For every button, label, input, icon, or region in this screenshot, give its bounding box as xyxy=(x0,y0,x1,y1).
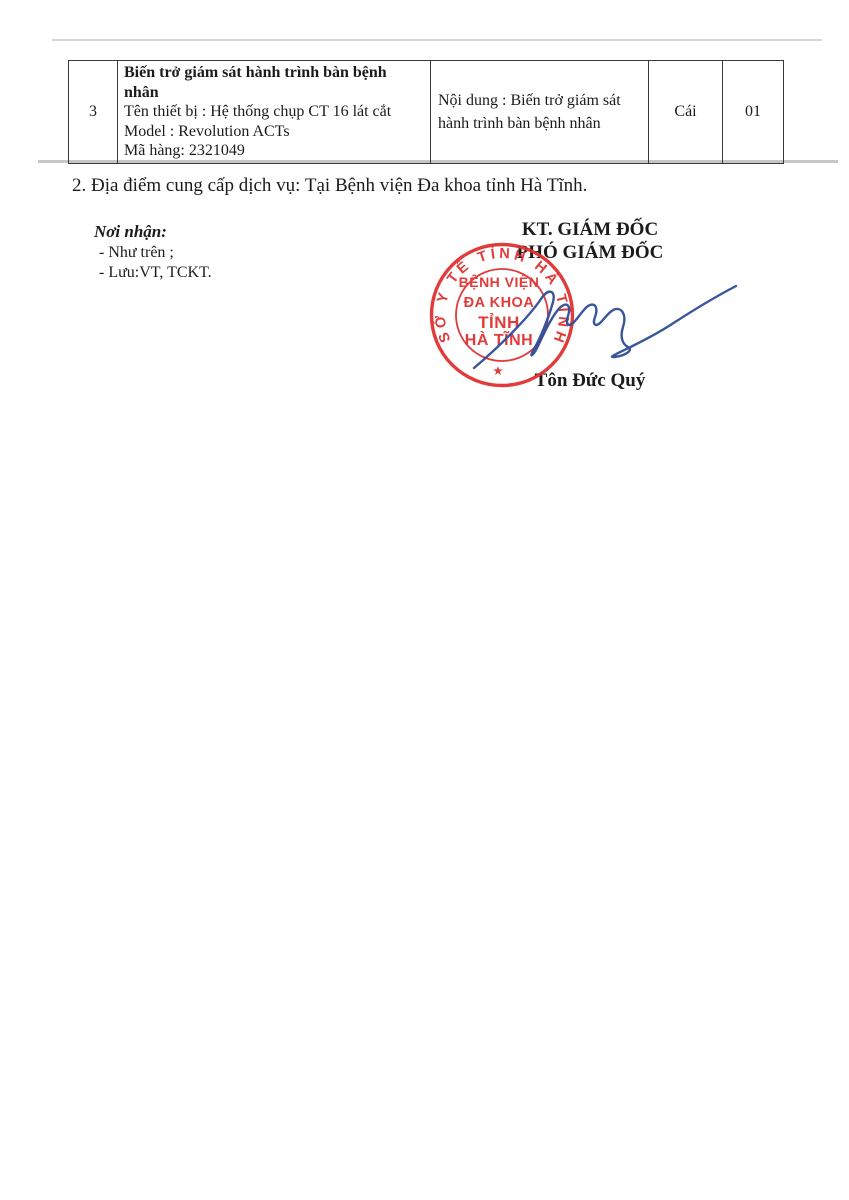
content-text: Nội dung : Biến trở giám sát hành trình … xyxy=(431,89,648,135)
recipients-block: Nơi nhận: - Như trên ; - Lưu:VT, TCKT. xyxy=(94,222,212,282)
table-row: 3 Biến trở giám sát hành trình bàn bệnh … xyxy=(69,61,784,164)
unit-cell: Cái xyxy=(649,61,723,164)
recipients-item: - Lưu:VT, TCKT. xyxy=(99,264,212,282)
item-detail-line: Model : Revolution ACTs xyxy=(124,122,422,142)
row-index-cell: 3 xyxy=(69,61,118,164)
quantity-cell: 01 xyxy=(723,61,784,164)
quantity-value: 01 xyxy=(745,103,761,120)
unit-value: Cái xyxy=(674,103,696,120)
item-detail-line: Mã hàng: 2321049 xyxy=(124,141,422,161)
recipients-heading: Nơi nhận: xyxy=(94,222,212,242)
recipients-item: - Như trên ; xyxy=(99,244,212,262)
document-page: 3 Biến trở giám sát hành trình bàn bệnh … xyxy=(0,0,849,1200)
content-cell: Nội dung : Biến trở giám sát hành trình … xyxy=(431,61,649,164)
item-detail-line: Tên thiết bị : Hệ thống chụp CT 16 lát c… xyxy=(124,102,422,122)
item-name: Biến trở giám sát hành trình bàn bệnh nh… xyxy=(124,63,422,102)
handwritten-signature xyxy=(470,270,750,375)
scan-artifact-line-top xyxy=(52,39,822,41)
location-line: 2. Địa điểm cung cấp dịch vụ: Tại Bệnh v… xyxy=(72,175,587,197)
signature-stroke xyxy=(474,286,736,368)
row-index: 3 xyxy=(89,103,97,120)
item-description-cell: Biến trở giám sát hành trình bàn bệnh nh… xyxy=(118,61,431,164)
equipment-table: 3 Biến trở giám sát hành trình bàn bệnh … xyxy=(68,60,784,164)
